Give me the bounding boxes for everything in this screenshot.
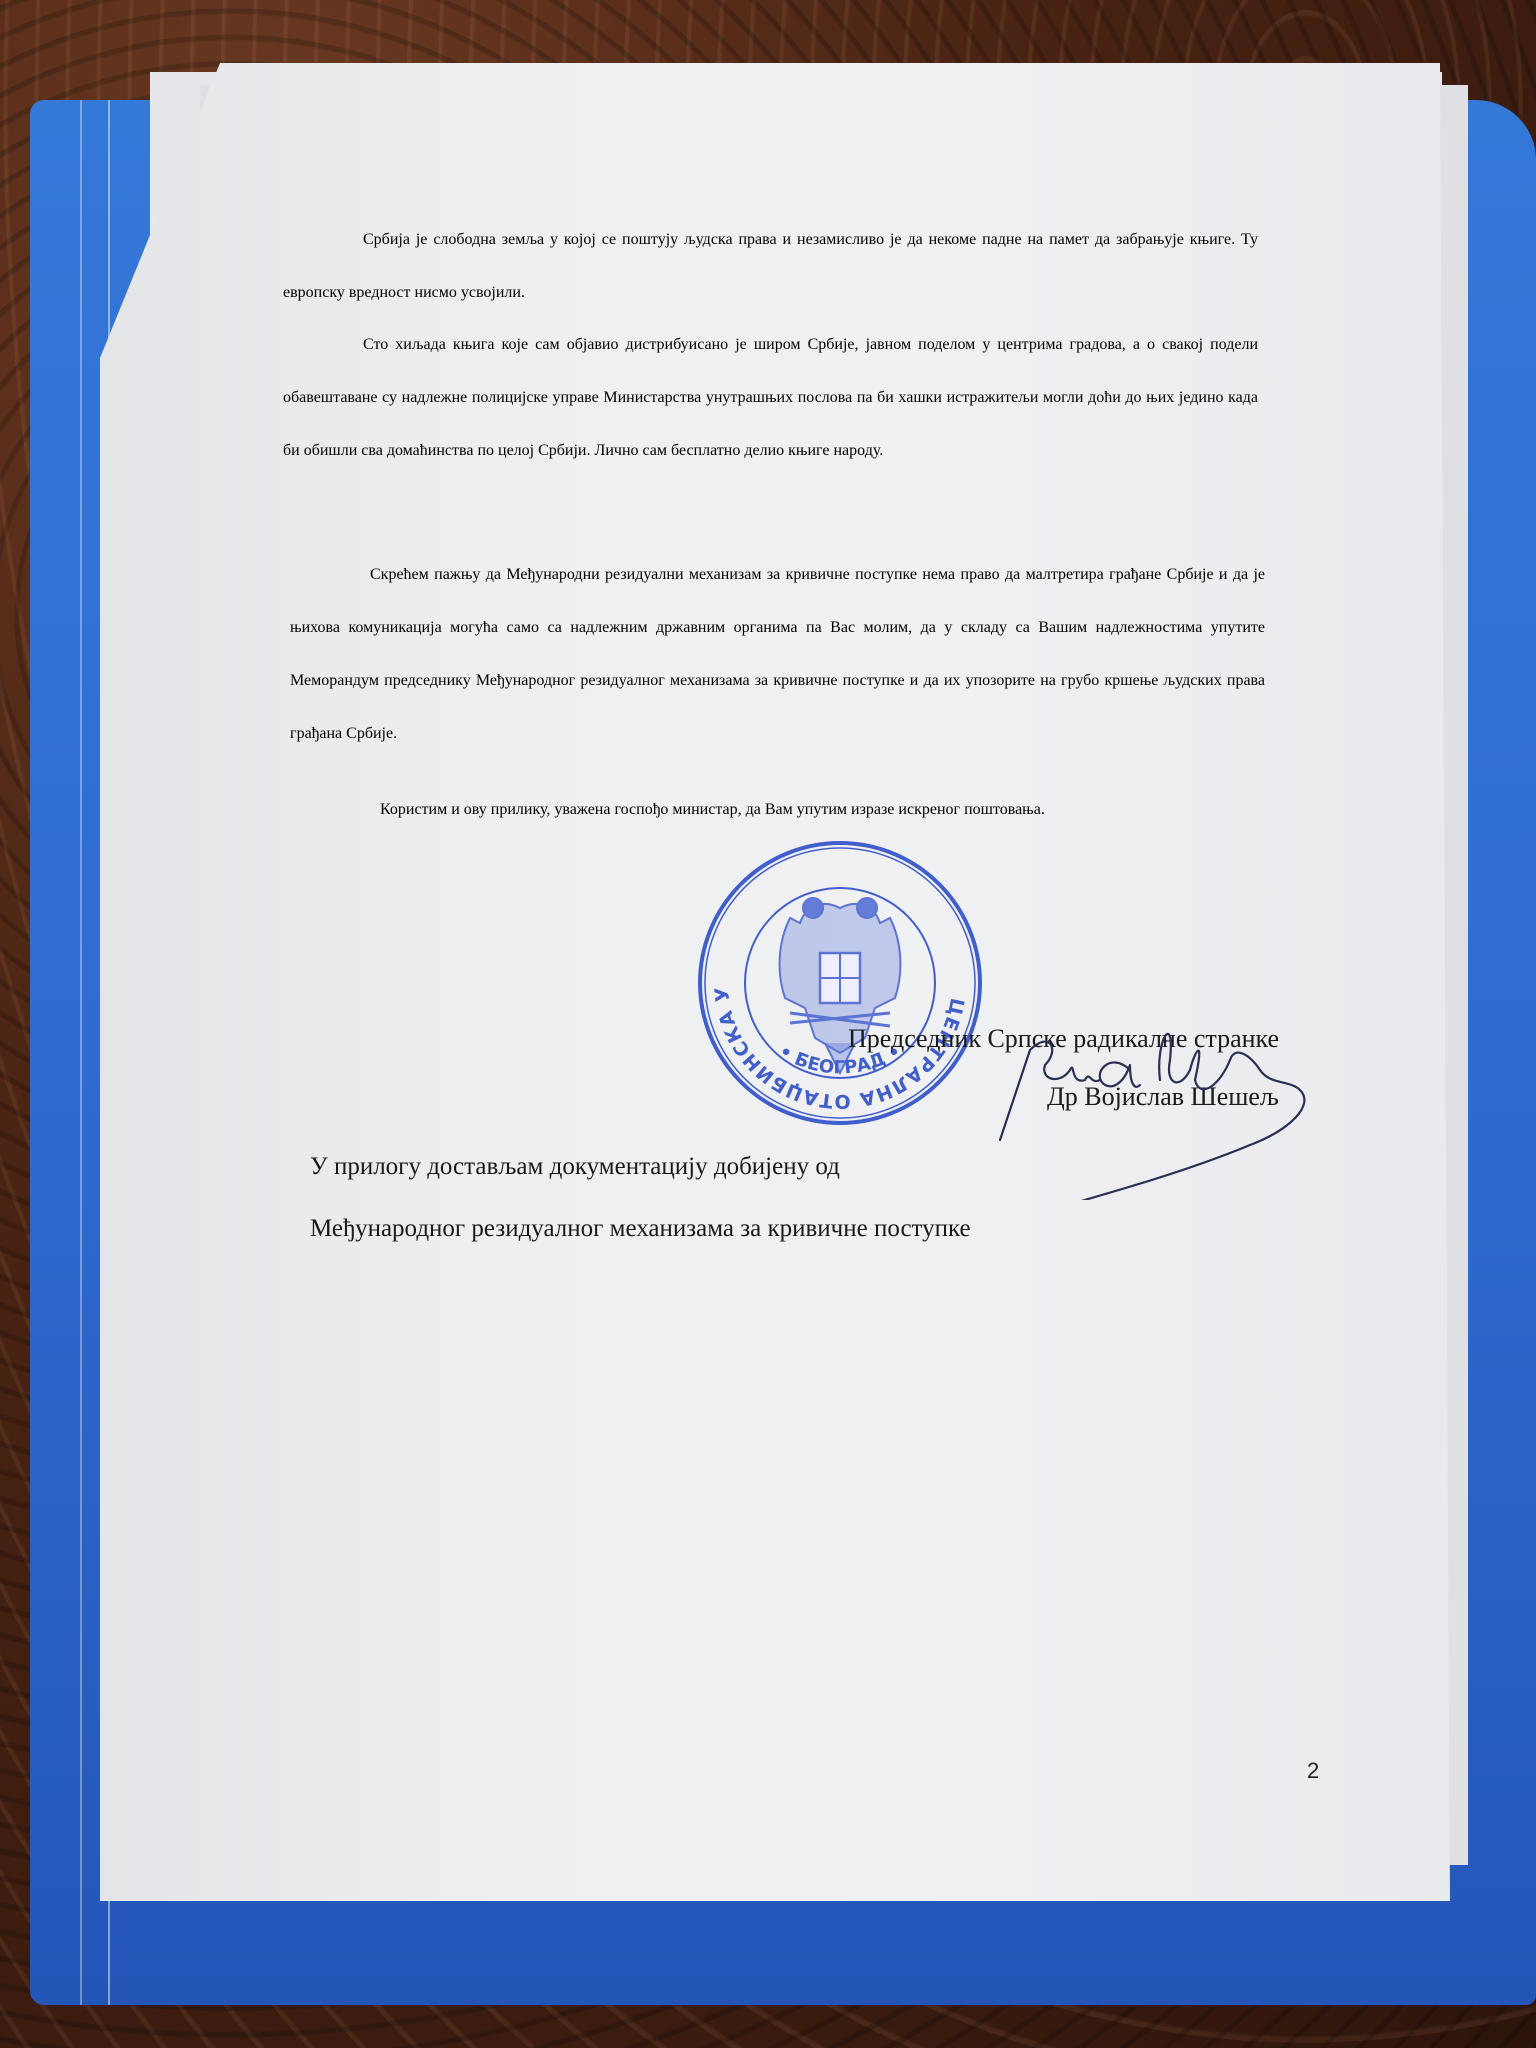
page-number: 2	[1307, 1758, 1319, 1784]
paragraph-4-closing: Користим и ову прилику, уважена госпођо …	[300, 783, 1260, 836]
official-stamp: ЦЕНТРАЛНА ОТАЏБИНСКА УПРАВА СРПСКЕ РАДИК…	[695, 838, 985, 1128]
attachment-note-line-1: У прилогу достављам документацију добије…	[310, 1153, 840, 1181]
paragraph-1: Србија је слободна земља у којој се пошт…	[283, 213, 1258, 319]
handwritten-signature	[990, 990, 1370, 1200]
paragraph-2: Сто хиљада књига које сам објавио дистри…	[283, 318, 1258, 477]
folder-crease	[80, 100, 82, 2005]
attachment-note-line-2: Међународног резидуалног механизама за к…	[310, 1215, 971, 1243]
paragraph-3: Скрећем пажњу да Међународни резидуални …	[290, 548, 1265, 760]
